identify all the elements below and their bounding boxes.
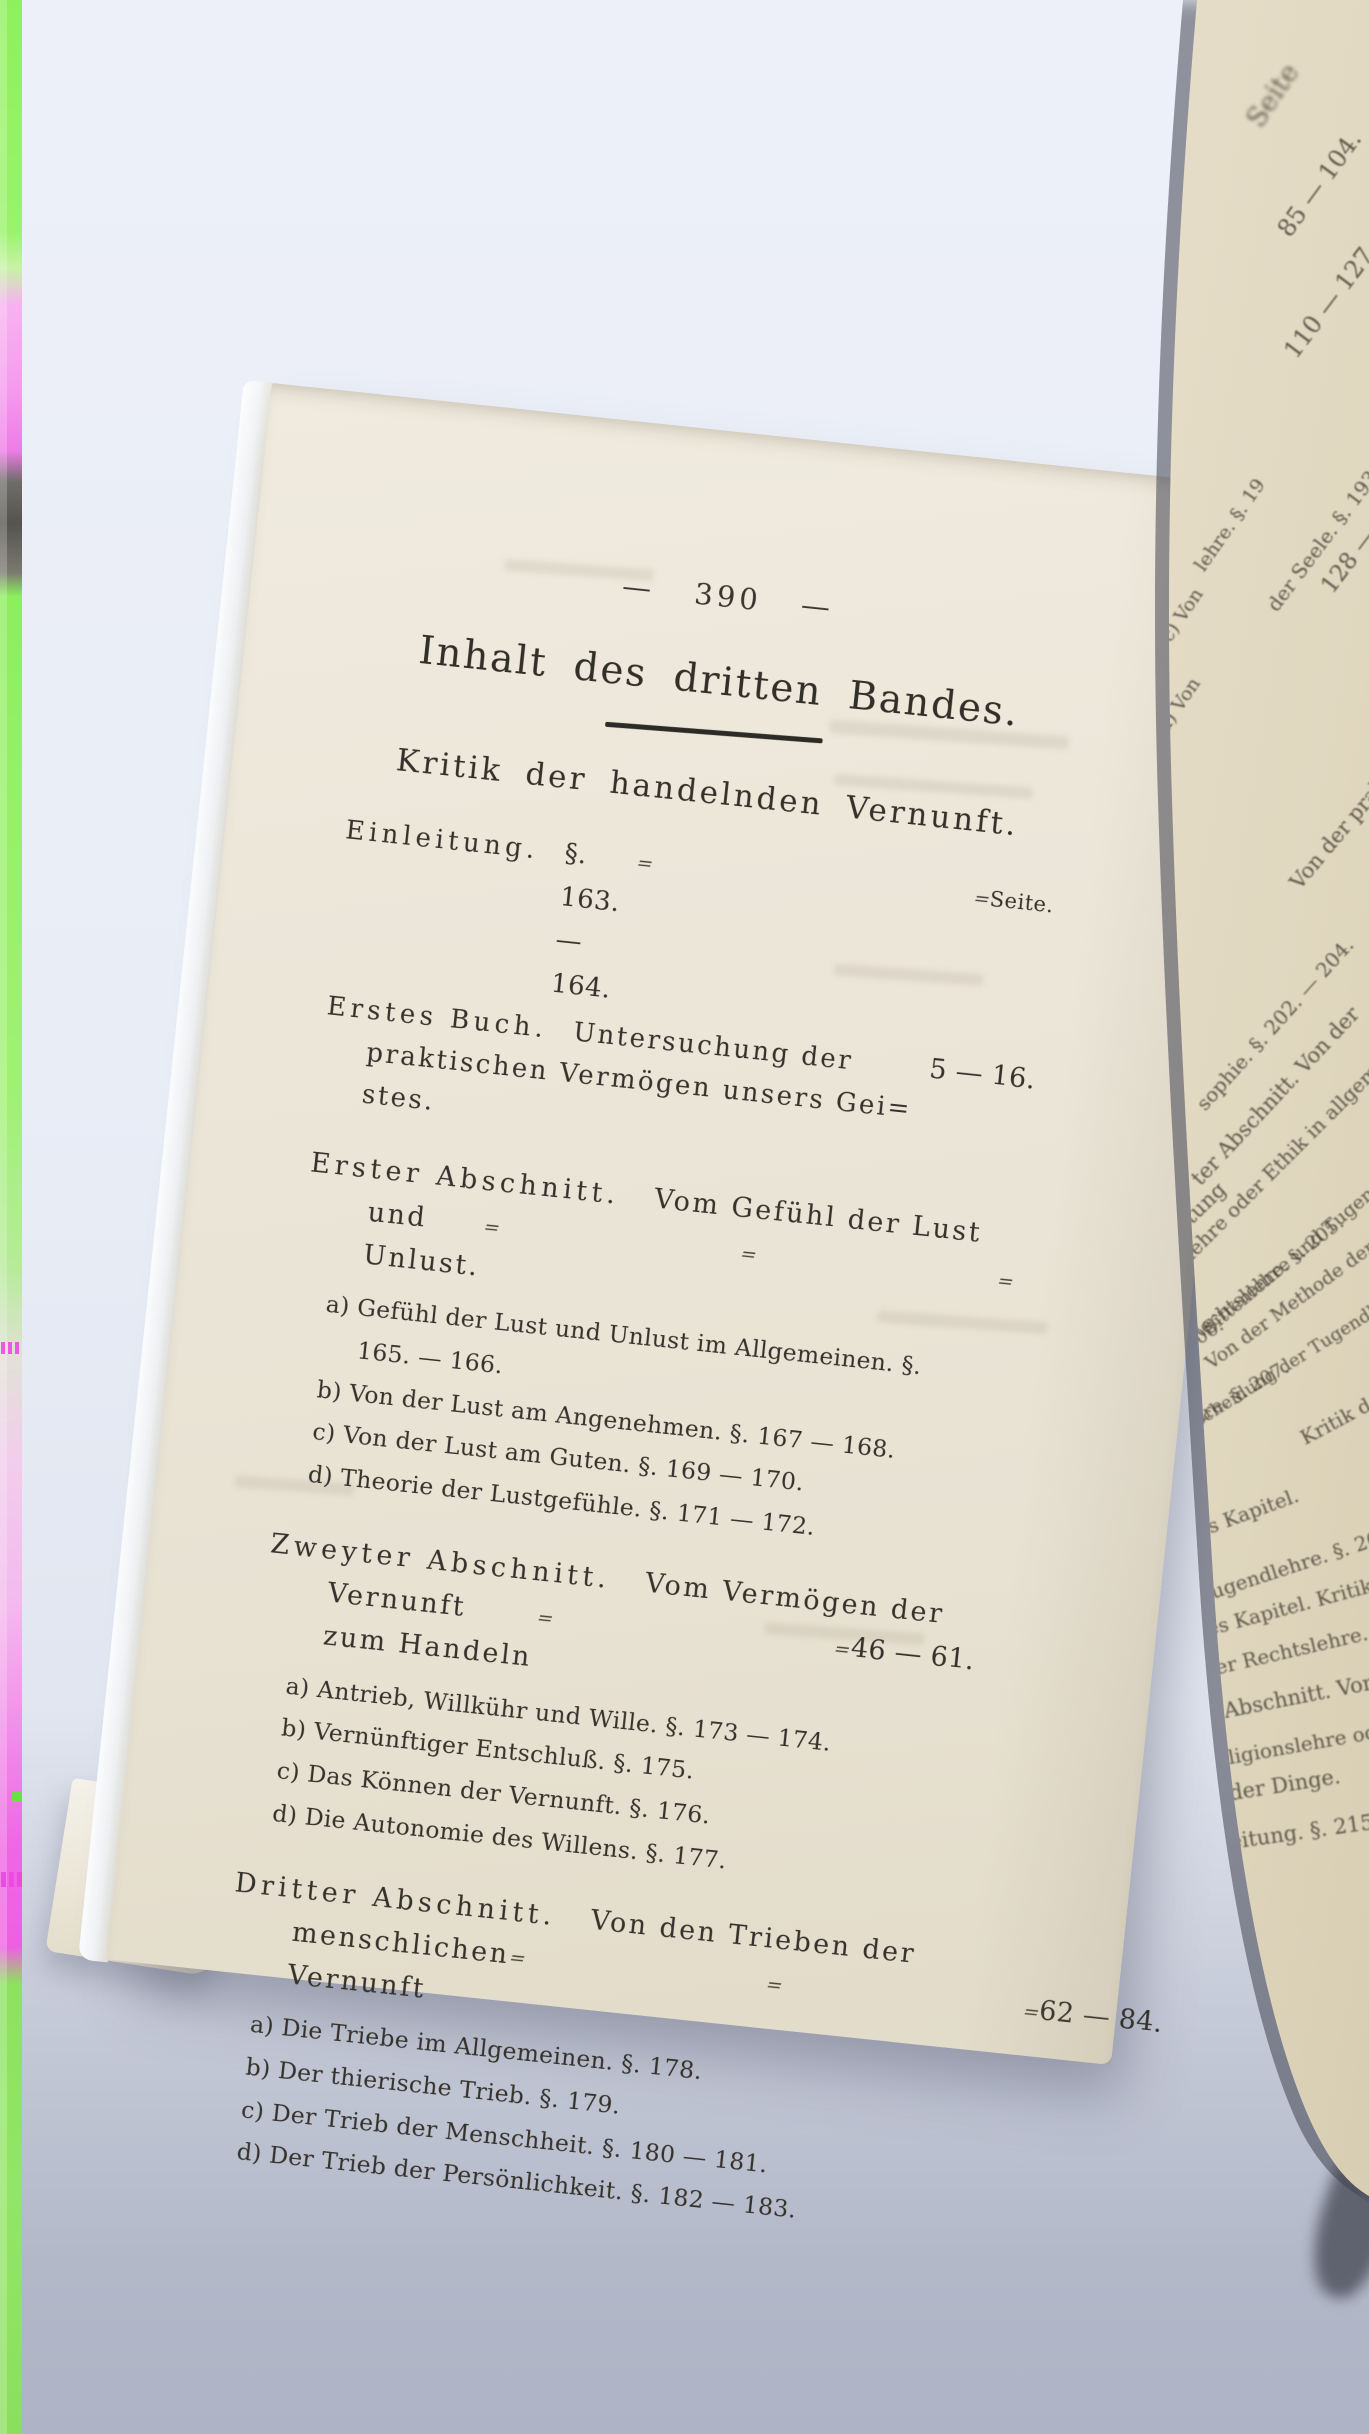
page-title: Inhalt des dritten Bandes. (363, 622, 1076, 741)
toc-entry-einleitung: Einleitung. §. 163. — 164. = = Seite. Er… (316, 809, 1056, 1185)
facing-page-fragment: Von der praktischen (1285, 714, 1369, 894)
section-line2: und Unlust. (361, 1190, 486, 1288)
book-page: — 390 — Inhalt des dritten Bandes. Kriti… (106, 383, 1276, 2065)
facing-page-fragment: lehre. §. 19 (1190, 475, 1270, 576)
toc-section-erster-abschnitt: Erster Abschnitt. Vom Gefühl der Lust un… (276, 1141, 1021, 1567)
toc-section-dritter-abschnitt: Dritter Abschnitt. Von den Trieben der m… (205, 1861, 946, 2244)
glitch-dashes (1, 1342, 21, 1354)
book-photo-scene: — 390 — Inhalt des dritten Bandes. Kriti… (0, 0, 1369, 2434)
facing-page-fragment: 85 — 104. (1272, 126, 1367, 242)
page-range: 62 — 84. (1037, 1989, 1165, 2045)
scan-glitch-bar (0, 0, 22, 2434)
facing-page-fragment: leitung. §. 215. (1221, 1809, 1369, 1855)
title-rule (605, 722, 823, 744)
entry-label: Einleitung. (343, 809, 541, 873)
facing-page-fragment: 110 — 127. (1278, 236, 1369, 363)
glitch-dashes (1, 1872, 22, 1887)
facing-page-fragment: r Abschnitt. Von (1205, 1670, 1369, 1726)
leader-marks (852, 1069, 928, 1077)
entry-detail: §. 163. — 164. (549, 832, 639, 1013)
leader-marks: = = (631, 848, 995, 916)
toc-section-zweyter-abschnitt: Zweyter Abschnitt. Vom Vermögen der Vern… (240, 1522, 981, 1905)
facing-page-fragment: der Seele. §. 193 — 194. (1262, 404, 1369, 616)
facing-page-fragment: Kritik der (1296, 1382, 1369, 1449)
seite-column-label: Seite. (988, 882, 1055, 924)
glitch-dot (12, 1792, 22, 1802)
toc-text-block: — 390 — Inhalt des dritten Bandes. Kriti… (205, 543, 1084, 2245)
facing-page-fragment: Seite (1241, 58, 1306, 133)
